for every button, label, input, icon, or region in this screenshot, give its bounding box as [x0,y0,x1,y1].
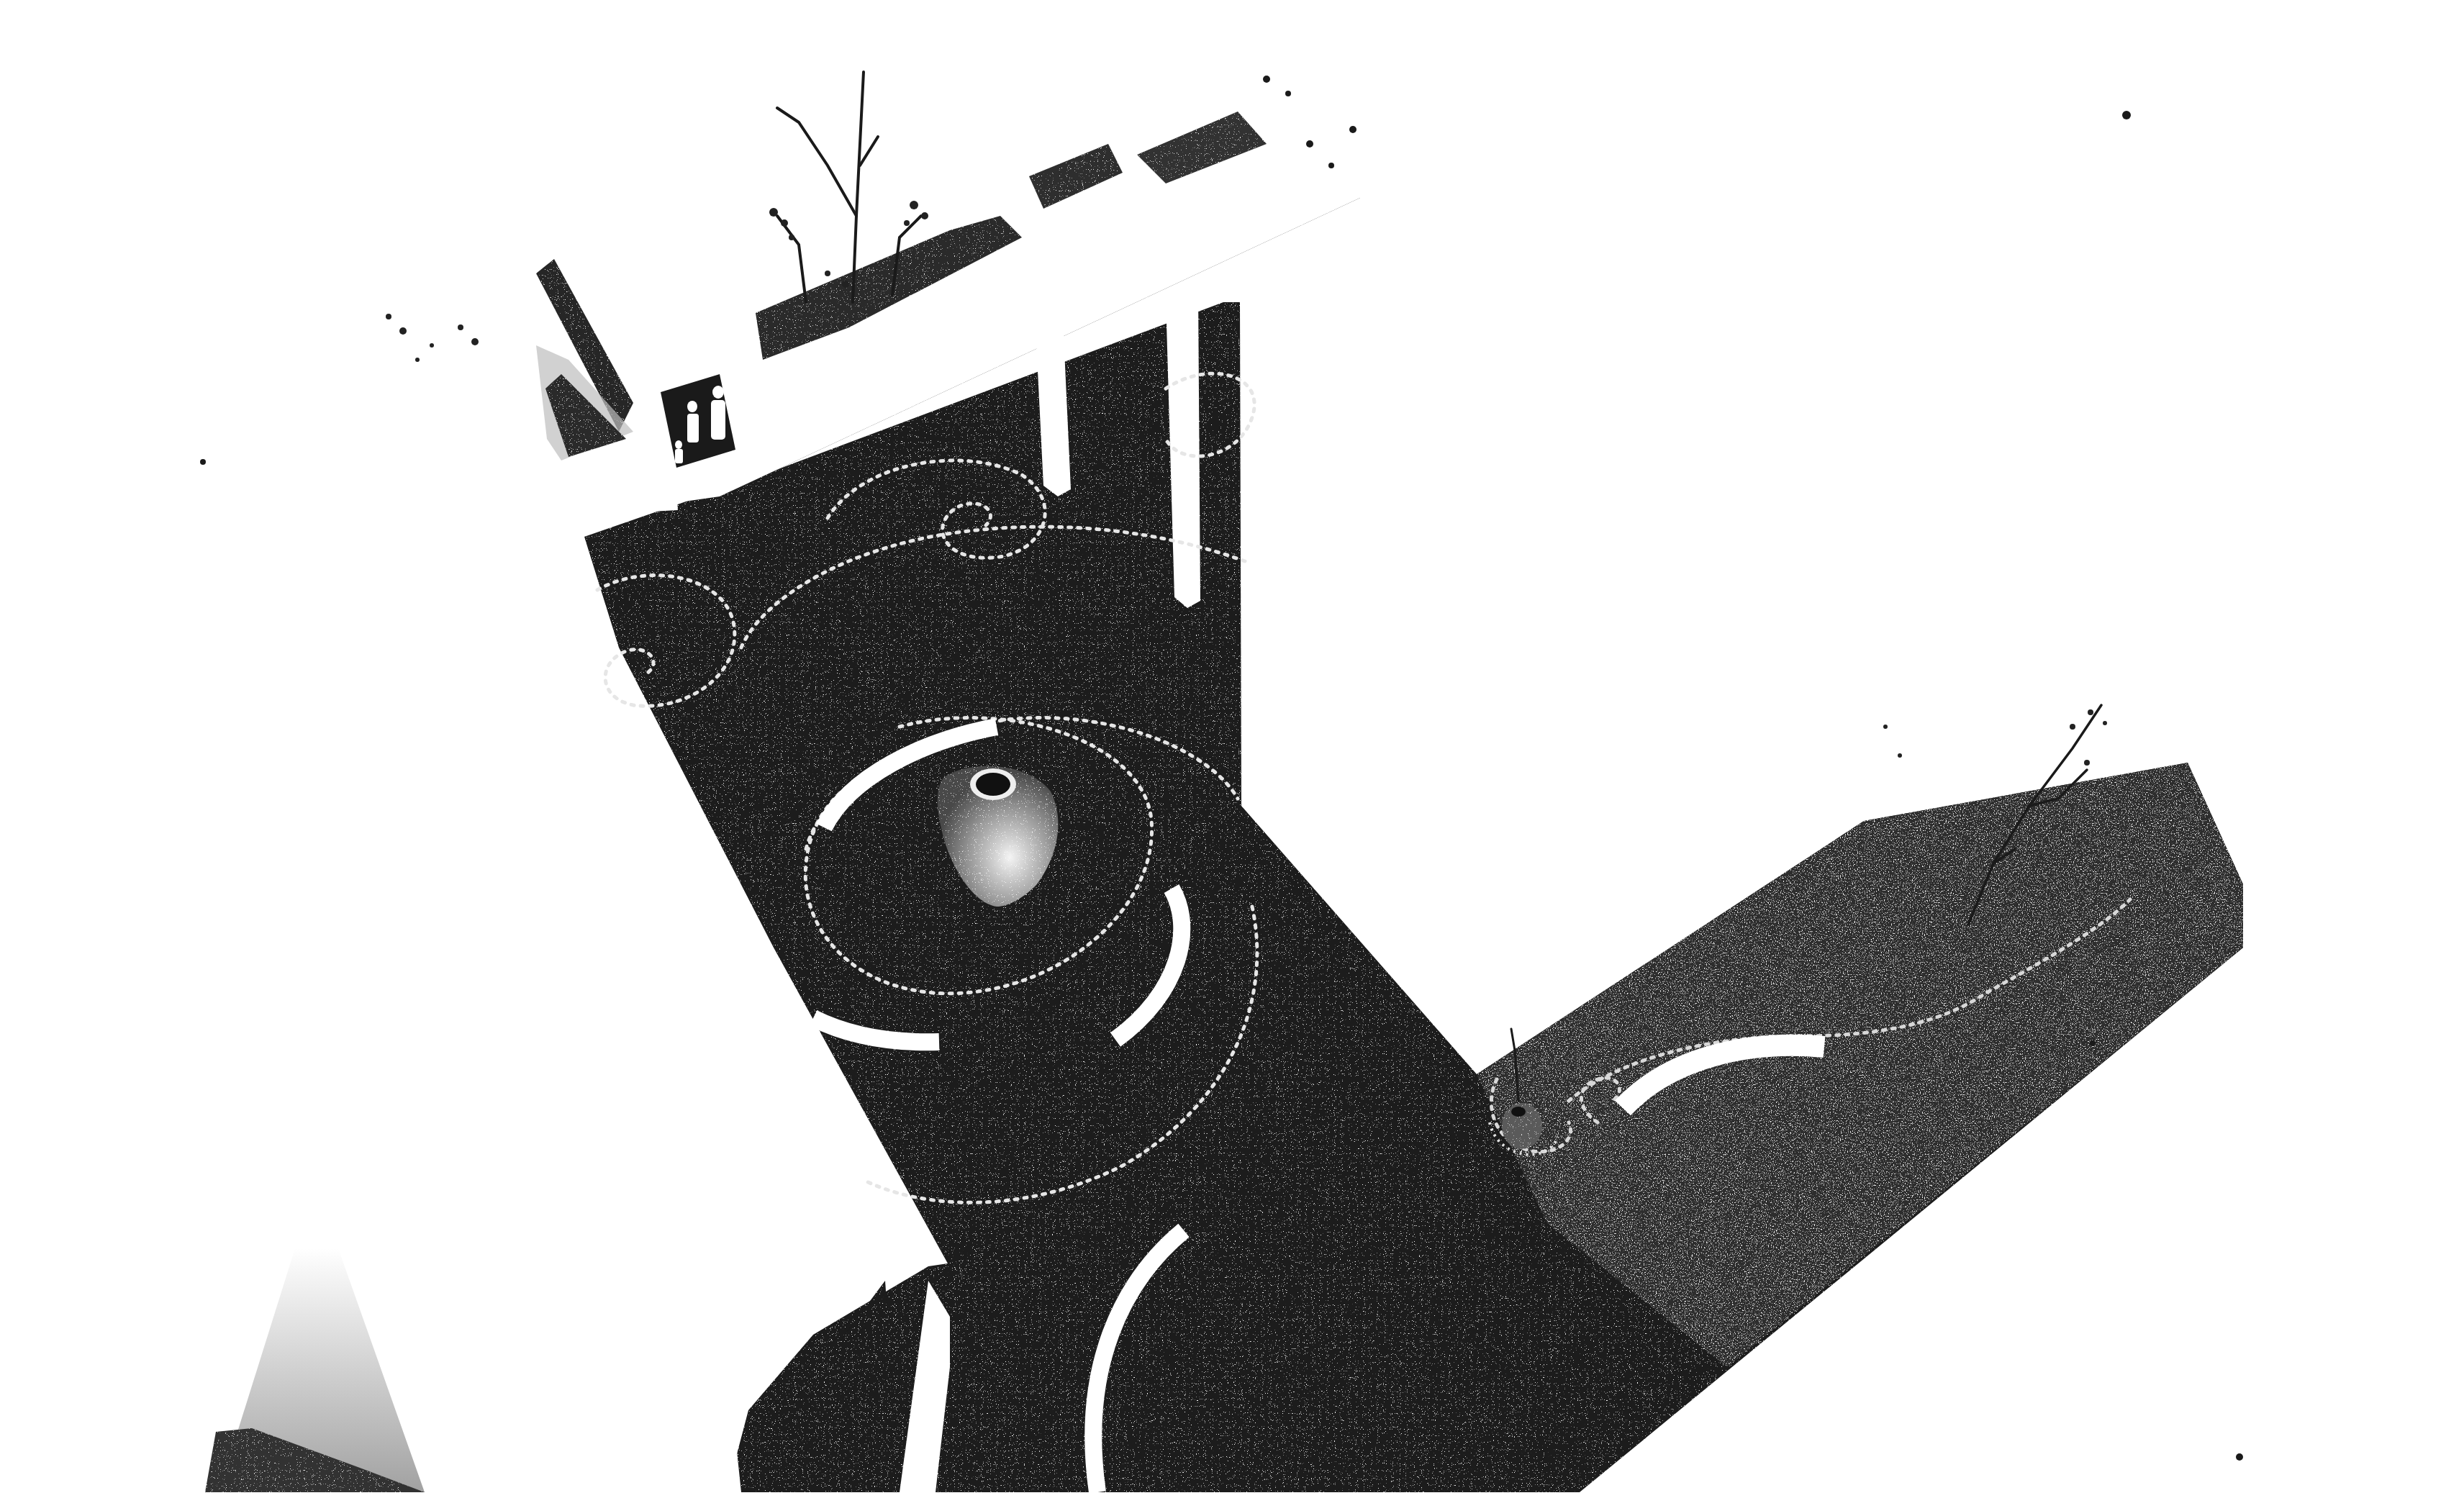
tree-right-foliage [1883,709,2107,766]
tree-upper-foliage [386,201,928,362]
bottom-left-wedge [727,1281,900,1492]
architectural-model-photo [0,0,2464,1498]
lower-left-block [205,1248,425,1492]
left-wall-prism [536,259,633,460]
beam-post-mid [746,370,780,465]
left-white-wall [584,1367,727,1492]
